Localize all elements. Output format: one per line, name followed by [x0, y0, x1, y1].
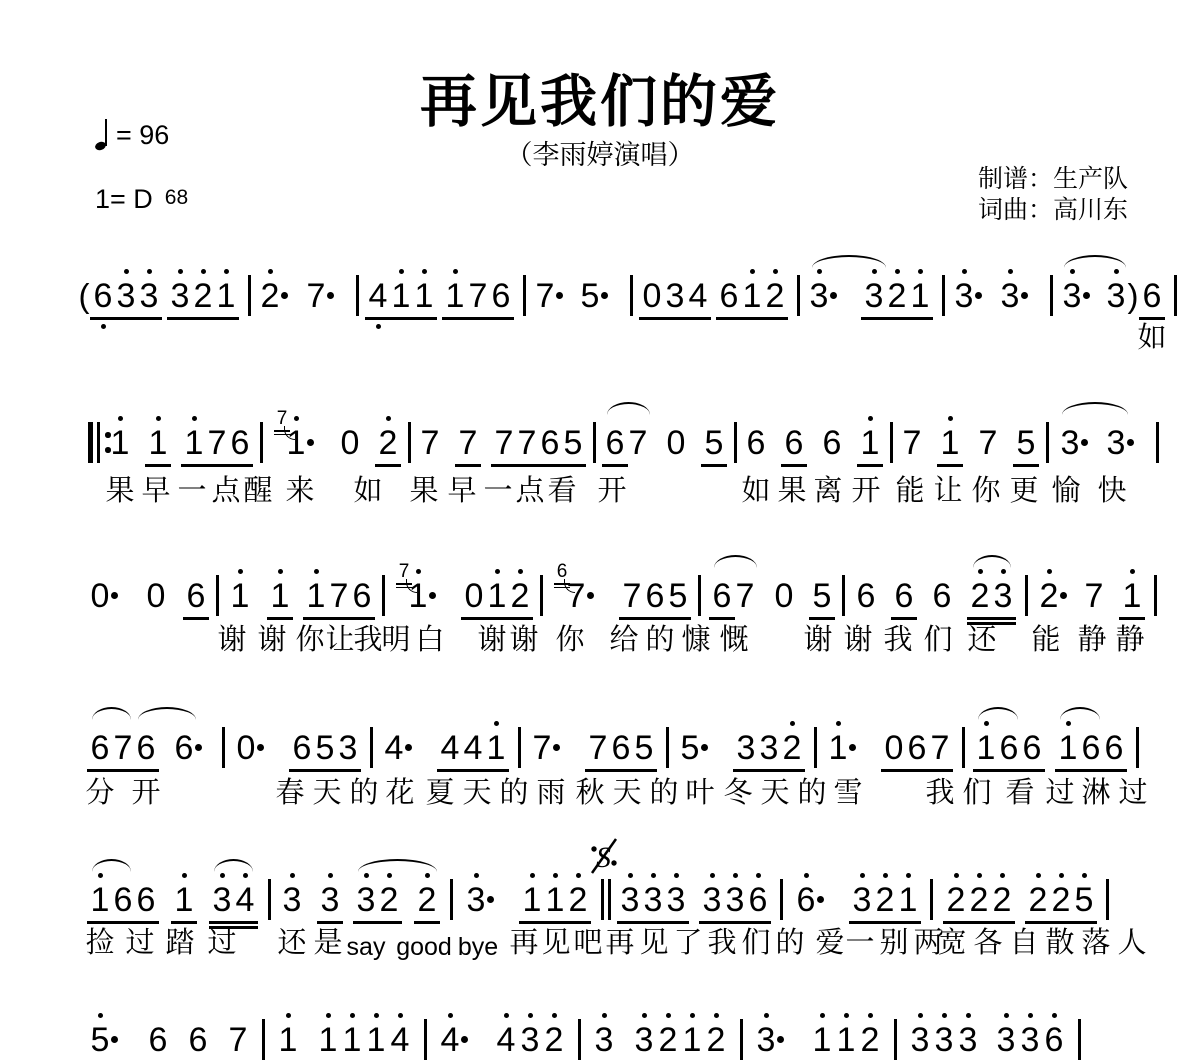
- barline: [1050, 275, 1053, 316]
- lyric: 还: [967, 624, 996, 656]
- barline: [408, 422, 411, 463]
- barline: [797, 275, 800, 316]
- barline: [630, 275, 633, 316]
- lyric: 们: [923, 624, 952, 656]
- barline: [1106, 879, 1109, 920]
- lyric: 醒: [243, 475, 272, 507]
- slur: [812, 255, 886, 272]
- barline: [930, 879, 933, 920]
- lyric: 让: [933, 475, 962, 507]
- lyric: 你: [555, 624, 584, 656]
- lyric: 冬: [723, 777, 752, 809]
- barline: [842, 575, 845, 616]
- barline: [698, 575, 701, 616]
- lyric: 离: [813, 475, 842, 507]
- lyric: 慨: [719, 624, 748, 656]
- barline: [523, 275, 526, 316]
- lyric: 明: [381, 624, 410, 656]
- lyric: 我: [707, 927, 736, 959]
- lyric: 天: [462, 777, 491, 809]
- barline: [593, 422, 596, 463]
- lyric: 如: [741, 475, 770, 507]
- lyric: 点: [515, 475, 544, 507]
- slur: [978, 707, 1018, 724]
- lyric: 踏: [165, 927, 194, 959]
- barline: [814, 727, 817, 768]
- lyric: 再: [605, 927, 634, 959]
- lyric: 再: [509, 927, 538, 959]
- lyric: 白: [415, 624, 444, 656]
- score: (633321274111767503461233213333)6如111767…: [0, 0, 1200, 1062]
- lyric: 淋: [1081, 777, 1110, 809]
- barline: [740, 1019, 743, 1060]
- lyric: 看: [547, 475, 576, 507]
- barline: [1078, 1019, 1081, 1060]
- lyric: 过: [1118, 777, 1147, 809]
- lyric: 我: [925, 777, 954, 809]
- lyric: 你: [295, 624, 324, 656]
- slur: [1062, 402, 1128, 419]
- lyric: bye: [458, 927, 498, 963]
- lyric: 愉: [1051, 475, 1080, 507]
- lyric: say: [347, 927, 386, 963]
- slur: [92, 707, 131, 724]
- slur: [607, 402, 650, 419]
- barline: [1025, 575, 1028, 616]
- slur: [92, 859, 131, 876]
- lyric: 爱: [815, 927, 844, 959]
- lyric: 花: [385, 777, 414, 809]
- lyric: 果: [105, 475, 134, 507]
- lyric: 的: [797, 777, 826, 809]
- lyric: 如: [1137, 322, 1166, 354]
- lyric: 过: [207, 927, 236, 959]
- barline: [518, 727, 521, 768]
- slur: [358, 859, 437, 876]
- lyric: 还: [277, 927, 306, 959]
- lyric: 了: [673, 927, 702, 959]
- slur: [214, 859, 253, 876]
- barline: [540, 575, 543, 616]
- lyric: 春: [275, 777, 304, 809]
- lyric: 自: [1009, 927, 1038, 959]
- lyric: 落: [1081, 927, 1110, 959]
- lyric: 们: [741, 927, 770, 959]
- lyric: 的: [349, 777, 378, 809]
- lyric: 见: [639, 927, 668, 959]
- barline: [222, 727, 225, 768]
- lyric: 我: [353, 624, 382, 656]
- lyric: 的: [499, 777, 528, 809]
- lyric: 天: [612, 777, 641, 809]
- lyric: 静: [1077, 624, 1106, 656]
- lyric: 们: [962, 777, 991, 809]
- lyric: 谢: [509, 624, 538, 656]
- lyric: 点: [211, 475, 240, 507]
- lyric: 来: [285, 475, 314, 507]
- barline: [424, 1019, 427, 1060]
- lyric: 快: [1097, 475, 1126, 507]
- lyric: 给: [609, 624, 638, 656]
- lyric: 果: [409, 475, 438, 507]
- barline: [890, 422, 893, 463]
- lyric: 各: [973, 927, 1002, 959]
- barline: [370, 727, 373, 768]
- lyric: 谢: [843, 624, 872, 656]
- lyric: 别: [879, 927, 908, 959]
- lyric: 能: [895, 475, 924, 507]
- sheet-music-page: { "meta": { "title": "再见我们的爱", "subtitle…: [0, 0, 1200, 1062]
- lyric: 更: [1009, 475, 1038, 507]
- lyric: 果: [777, 475, 806, 507]
- slur: [1064, 255, 1126, 272]
- slur: [714, 555, 757, 572]
- barline: [1174, 275, 1177, 316]
- lyric: 早: [141, 475, 170, 507]
- barline: [356, 275, 359, 316]
- barline: [262, 1019, 265, 1060]
- lyric: 开: [131, 777, 160, 809]
- lyric: 分: [85, 777, 114, 809]
- slur: [138, 707, 196, 724]
- barline: [1154, 575, 1157, 616]
- barline: [734, 422, 737, 463]
- lyric: good: [396, 927, 452, 963]
- lyric: 一: [177, 475, 206, 507]
- lyric: 开: [851, 475, 880, 507]
- lyric: 天: [760, 777, 789, 809]
- lyric: 宽: [937, 927, 966, 959]
- lyric: 谢: [257, 624, 286, 656]
- barline: [450, 879, 453, 920]
- lyric: 的: [645, 624, 674, 656]
- lyric: 如: [353, 475, 382, 507]
- barline: [894, 1019, 897, 1060]
- lyric: 秋: [575, 777, 604, 809]
- lyric: 早: [447, 475, 476, 507]
- lyric: 谢: [803, 624, 832, 656]
- barline: [962, 727, 965, 768]
- lyric: 开: [597, 475, 626, 507]
- barline: [248, 275, 251, 316]
- lyric: 雪: [833, 777, 862, 809]
- lyric: 捡: [85, 927, 114, 959]
- barline: [1156, 422, 1159, 463]
- barline: [666, 727, 669, 768]
- lyric: 是: [313, 927, 342, 959]
- lyric: 叶: [685, 777, 714, 809]
- barline: [578, 1019, 581, 1060]
- barline: [268, 879, 271, 920]
- barline: [1046, 422, 1049, 463]
- lyric: 人: [1117, 927, 1146, 959]
- barline: [216, 575, 219, 616]
- lyric: 慷: [681, 624, 710, 656]
- lyric: 的: [775, 927, 804, 959]
- slur: [973, 555, 1011, 572]
- lyric: 的: [649, 777, 678, 809]
- lyric: 让: [325, 624, 354, 656]
- lyric: 我: [883, 624, 912, 656]
- lyric: 能: [1031, 624, 1060, 656]
- lyric: 一: [845, 927, 874, 959]
- lyric: 过: [125, 927, 154, 959]
- lyric: 你: [971, 475, 1000, 507]
- lyric: 看: [1005, 777, 1034, 809]
- lyric: 散: [1045, 927, 1074, 959]
- barline: [260, 422, 263, 463]
- lyric: 吧: [573, 927, 602, 959]
- lyric: 过: [1045, 777, 1074, 809]
- slur: [1060, 707, 1100, 724]
- barline: [382, 575, 385, 616]
- lyric: 谢: [477, 624, 506, 656]
- lyric: 见: [541, 927, 570, 959]
- barline: [1136, 727, 1139, 768]
- lyric: 夏: [425, 777, 454, 809]
- lyric: 谢: [217, 624, 246, 656]
- lyric: 天: [312, 777, 341, 809]
- barline: [942, 275, 945, 316]
- barline: [780, 879, 783, 920]
- lyric: 雨: [536, 777, 565, 809]
- lyric: 静: [1115, 624, 1144, 656]
- lyric: 一: [483, 475, 512, 507]
